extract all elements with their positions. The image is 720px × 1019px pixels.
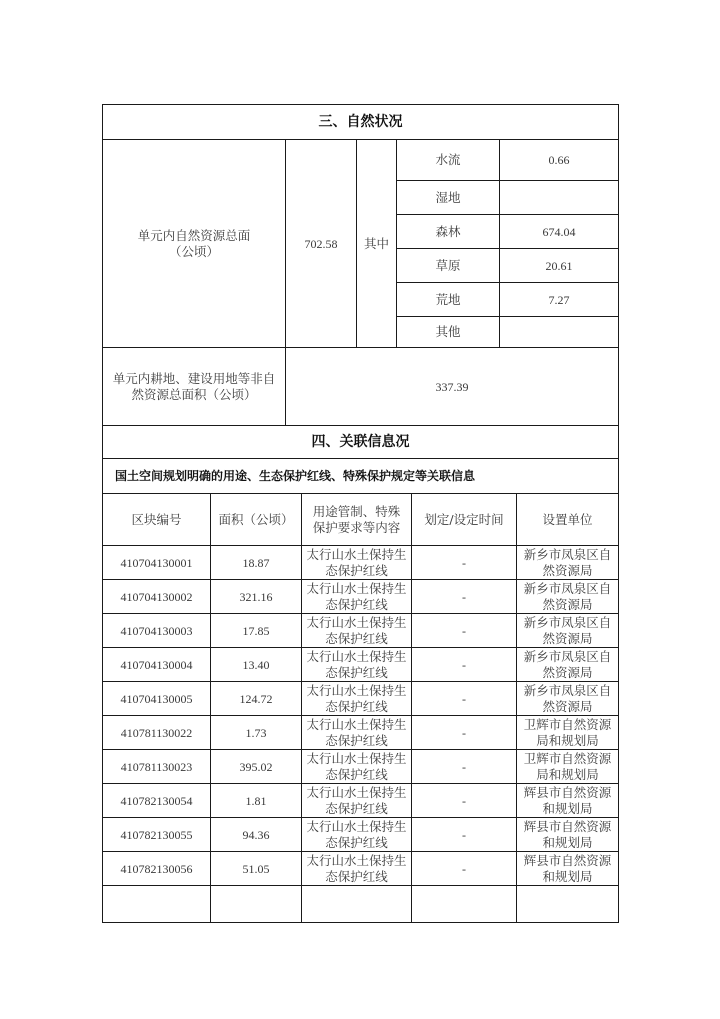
table-cell: 410782130054 <box>102 783 211 818</box>
table-cell-text: - <box>462 555 466 571</box>
table-cell-text: 395.02 <box>240 759 273 775</box>
table-cell: 太行山水土保持生态保护红线 <box>301 851 412 886</box>
cell-line: 划定/设定时间 <box>424 512 503 528</box>
cell-line: 局和规划局 <box>524 733 612 749</box>
among-label-text: 其中 <box>364 236 389 252</box>
table-cell: 410782130055 <box>102 817 211 852</box>
resource-type-text: 湿地 <box>435 190 460 206</box>
cell-line: 态保护红线 <box>306 767 406 783</box>
section4-subtitle-text: 国土空间规划明确的用途、生态保护红线、特殊保护规定等关联信息 <box>115 468 475 484</box>
empty-cell <box>301 885 412 923</box>
table-cell-text: - <box>462 691 466 707</box>
table-cell-text: 太行山水土保持生态保护红线 <box>306 751 406 783</box>
resource-type-text: 其他 <box>435 324 460 340</box>
column-header-text: 划定/设定时间 <box>424 512 503 528</box>
resource-type-text: 森林 <box>435 224 460 240</box>
cell-line: - <box>462 725 466 741</box>
table-cell: 410781130023 <box>102 749 211 784</box>
cell-line: 面积（公顷） <box>218 512 293 528</box>
cell-line: 荒地 <box>435 292 460 308</box>
non-natural-value-text: 337.39 <box>436 379 469 395</box>
table-cell: - <box>411 715 517 750</box>
cell-line: - <box>462 623 466 639</box>
cell-line: 410782130054 <box>121 793 193 809</box>
cell-line: 13.40 <box>243 657 270 673</box>
cell-line: 然资源局 <box>524 631 612 647</box>
table-cell-text: 410704130005 <box>121 691 193 707</box>
table-cell: 13.40 <box>210 647 302 682</box>
section3-title-text: 三、自然状况 <box>319 114 403 130</box>
table-cell: 太行山水土保持生态保护红线 <box>301 613 412 648</box>
cell-line: 辉县市自然资源 <box>524 853 612 869</box>
table-cell-text: 18.87 <box>243 555 270 571</box>
table-cell: 1.81 <box>210 783 302 818</box>
table-cell-text: - <box>462 589 466 605</box>
cell-line: 0.66 <box>549 152 570 168</box>
table-cell-text: 太行山水土保持生态保护红线 <box>306 853 406 885</box>
cell-line: 太行山水土保持生 <box>306 649 406 665</box>
cell-line: 辉县市自然资源 <box>524 785 612 801</box>
cell-line: - <box>462 555 466 571</box>
cell-line: 其中 <box>364 236 389 252</box>
table-cell-text: 410704130002 <box>121 589 193 605</box>
resource-type: 荒地 <box>396 282 500 317</box>
column-header: 划定/设定时间 <box>411 493 517 546</box>
cell-line: - <box>462 793 466 809</box>
table-cell-text: 17.85 <box>243 623 270 639</box>
cell-line: 卫辉市自然资源 <box>524 717 612 733</box>
column-header-text: 设置单位 <box>542 512 592 528</box>
cell-line: 337.39 <box>436 379 469 395</box>
cell-line: 410782130055 <box>121 827 193 843</box>
table-cell-text: 辉县市自然资源和规划局 <box>524 819 612 851</box>
natural-total-label: 单元内自然资源总面（公顷） <box>102 139 286 348</box>
table-cell-text: 410781130023 <box>121 759 193 775</box>
table-cell-text: 94.36 <box>243 827 270 843</box>
table-cell: 1.73 <box>210 715 302 750</box>
table-cell-text: 13.40 <box>243 657 270 673</box>
table-cell-text: 新乡市凤泉区自然资源局 <box>524 683 612 715</box>
cell-line: 410781130023 <box>121 759 193 775</box>
table-cell: 410704130005 <box>102 681 211 716</box>
cell-line: 1.73 <box>246 725 267 741</box>
resource-type: 水流 <box>396 139 500 181</box>
table-cell-text: 太行山水土保持生态保护红线 <box>306 547 406 579</box>
table-cell-text: 辉县市自然资源和规划局 <box>524 785 612 817</box>
table-cell-text: 太行山水土保持生态保护红线 <box>306 819 406 851</box>
cell-line: 然资源局 <box>524 597 612 613</box>
table-cell-text: - <box>462 861 466 877</box>
resource-value <box>499 316 619 348</box>
cell-line: 辉县市自然资源 <box>524 819 612 835</box>
cell-line: 湿地 <box>435 190 460 206</box>
cell-line: 和规划局 <box>524 869 612 885</box>
column-header: 区块编号 <box>102 493 211 546</box>
cell-line: 410782130056 <box>121 861 193 877</box>
table-cell-text: - <box>462 657 466 673</box>
table-cell: 太行山水土保持生态保护红线 <box>301 545 412 580</box>
table-cell: 太行山水土保持生态保护红线 <box>301 817 412 852</box>
empty-cell <box>210 885 302 923</box>
resource-value: 20.61 <box>499 248 619 283</box>
cell-line: 然资源局 <box>524 665 612 681</box>
table-cell-text: 太行山水土保持生态保护红线 <box>306 717 406 749</box>
column-header-text: 区块编号 <box>131 512 181 528</box>
cell-line: （公顷） <box>138 244 251 260</box>
table-cell-text: 新乡市凤泉区自然资源局 <box>524 615 612 647</box>
cell-line: 17.85 <box>243 623 270 639</box>
cell-line: 410704130002 <box>121 589 193 605</box>
cell-line: 太行山水土保持生 <box>306 581 406 597</box>
cell-line: 然资源总面积（公顷） <box>113 387 276 403</box>
resource-type: 湿地 <box>396 180 500 215</box>
section3-title: 三、自然状况 <box>102 104 619 140</box>
cell-line: 态保护红线 <box>306 869 406 885</box>
table-cell-text: 卫辉市自然资源局和规划局 <box>524 751 612 783</box>
table-cell: 321.16 <box>210 579 302 614</box>
cell-line: 674.04 <box>543 224 576 240</box>
among-label: 其中 <box>356 139 397 348</box>
table-cell: 卫辉市自然资源局和规划局 <box>516 715 619 750</box>
table-cell: 410782130056 <box>102 851 211 886</box>
table-cell-text: 410782130056 <box>121 861 193 877</box>
resource-type-text: 荒地 <box>435 292 460 308</box>
table-cell: - <box>411 545 517 580</box>
resource-type: 草原 <box>396 248 500 283</box>
cell-line: 水流 <box>435 152 460 168</box>
table-cell: 太行山水土保持生态保护红线 <box>301 749 412 784</box>
table-cell-text: 51.05 <box>243 861 270 877</box>
cell-line: 410781130022 <box>121 725 193 741</box>
cell-line: 410704130004 <box>121 657 193 673</box>
cell-line: 新乡市凤泉区自 <box>524 547 612 563</box>
cell-line: 然资源局 <box>524 699 612 715</box>
table-cell: 辉县市自然资源和规划局 <box>516 851 619 886</box>
cell-line: 用途管制、特殊 <box>313 504 401 520</box>
table-cell: - <box>411 647 517 682</box>
cell-line: 四、关联信息况 <box>312 434 410 450</box>
cell-line: 18.87 <box>243 555 270 571</box>
table-cell: 410781130022 <box>102 715 211 750</box>
non-natural-label-text: 单元内耕地、建设用地等非自然资源总面积（公顷） <box>113 371 276 403</box>
cell-line: 新乡市凤泉区自 <box>524 649 612 665</box>
cell-line: 太行山水土保持生 <box>306 683 406 699</box>
column-header: 用途管制、特殊保护要求等内容 <box>301 493 412 546</box>
table-cell-text: 410781130022 <box>121 725 193 741</box>
table-cell-text: - <box>462 793 466 809</box>
column-header-text: 用途管制、特殊保护要求等内容 <box>313 504 401 536</box>
table-cell-text: - <box>462 827 466 843</box>
cell-line: 态保护红线 <box>306 665 406 681</box>
table-cell: 410704130004 <box>102 647 211 682</box>
cell-line: 态保护红线 <box>306 801 406 817</box>
table-cell: 卫辉市自然资源局和规划局 <box>516 749 619 784</box>
cell-line: - <box>462 759 466 775</box>
cell-line: 态保护红线 <box>306 733 406 749</box>
cell-line: - <box>462 657 466 673</box>
cell-line: 1.81 <box>246 793 267 809</box>
resource-value: 7.27 <box>499 282 619 317</box>
empty-cell <box>516 885 619 923</box>
table-cell-text: 新乡市凤泉区自然资源局 <box>524 547 612 579</box>
cell-line: 和规划局 <box>524 801 612 817</box>
table-cell: 太行山水土保持生态保护红线 <box>301 681 412 716</box>
table-cell: 51.05 <box>210 851 302 886</box>
cell-line: 410704130005 <box>121 691 193 707</box>
empty-cell <box>102 885 211 923</box>
table-cell-text: 410704130001 <box>121 555 193 571</box>
section4-subtitle: 国土空间规划明确的用途、生态保护红线、特殊保护规定等关联信息 <box>102 458 619 494</box>
cell-line: 太行山水土保持生 <box>306 819 406 835</box>
table-cell: 94.36 <box>210 817 302 852</box>
cell-line: 新乡市凤泉区自 <box>524 683 612 699</box>
cell-line: 7.27 <box>549 292 570 308</box>
table-cell-text: 321.16 <box>240 589 273 605</box>
table-cell: - <box>411 613 517 648</box>
table-cell: 太行山水土保持生态保护红线 <box>301 715 412 750</box>
table-cell: 辉县市自然资源和规划局 <box>516 783 619 818</box>
cell-line: - <box>462 827 466 843</box>
resource-type-text: 草原 <box>435 258 460 274</box>
cell-line: 态保护红线 <box>306 597 406 613</box>
resource-type: 其他 <box>396 316 500 348</box>
table-cell: 新乡市凤泉区自然资源局 <box>516 545 619 580</box>
table-cell: 新乡市凤泉区自然资源局 <box>516 613 619 648</box>
table-cell-text: 124.72 <box>240 691 273 707</box>
cell-line: 态保护红线 <box>306 699 406 715</box>
table-cell: 新乡市凤泉区自然资源局 <box>516 579 619 614</box>
table-cell: - <box>411 817 517 852</box>
table-cell: 410704130003 <box>102 613 211 648</box>
column-header-text: 面积（公顷） <box>218 512 293 528</box>
cell-line: 太行山水土保持生 <box>306 751 406 767</box>
table-cell: - <box>411 851 517 886</box>
table-cell-text: - <box>462 725 466 741</box>
table-cell-text: 410704130004 <box>121 657 193 673</box>
cell-line: 321.16 <box>240 589 273 605</box>
table-cell: 17.85 <box>210 613 302 648</box>
table-cell-text: 410782130054 <box>121 793 193 809</box>
cell-line: 新乡市凤泉区自 <box>524 581 612 597</box>
cell-line: 草原 <box>435 258 460 274</box>
table-cell: 辉县市自然资源和规划局 <box>516 817 619 852</box>
table-cell-text: 1.81 <box>246 793 267 809</box>
resource-value-text: 674.04 <box>543 224 576 240</box>
table-cell-text: 410704130003 <box>121 623 193 639</box>
cell-line: 410704130003 <box>121 623 193 639</box>
table-cell-text: 新乡市凤泉区自然资源局 <box>524 581 612 613</box>
resource-value-text: 0.66 <box>549 152 570 168</box>
table-cell: - <box>411 783 517 818</box>
cell-line: 保护要求等内容 <box>313 520 401 536</box>
table-cell-text: 410782130055 <box>121 827 193 843</box>
table-cell-text: 太行山水土保持生态保护红线 <box>306 683 406 715</box>
table-cell: 410704130001 <box>102 545 211 580</box>
empty-cell <box>411 885 517 923</box>
cell-line: 20.61 <box>546 258 573 274</box>
cell-line: 94.36 <box>243 827 270 843</box>
resource-value-text: 20.61 <box>546 258 573 274</box>
resource-value <box>499 180 619 215</box>
table-cell-text: 新乡市凤泉区自然资源局 <box>524 649 612 681</box>
table-cell-text: 1.73 <box>246 725 267 741</box>
section4-title: 四、关联信息况 <box>102 425 619 459</box>
non-natural-label: 单元内耕地、建设用地等非自然资源总面积（公顷） <box>102 347 286 426</box>
table-cell: 太行山水土保持生态保护红线 <box>301 647 412 682</box>
cell-line: 卫辉市自然资源 <box>524 751 612 767</box>
cell-line: 森林 <box>435 224 460 240</box>
natural-total-value: 702.58 <box>285 139 357 348</box>
cell-line: 124.72 <box>240 691 273 707</box>
table-cell-text: 辉县市自然资源和规划局 <box>524 853 612 885</box>
resource-type-text: 水流 <box>435 152 460 168</box>
cell-line: - <box>462 589 466 605</box>
column-header: 面积（公顷） <box>210 493 302 546</box>
table-cell-text: 卫辉市自然资源局和规划局 <box>524 717 612 749</box>
section4-title-text: 四、关联信息况 <box>312 434 410 450</box>
cell-line: 然资源局 <box>524 563 612 579</box>
cell-line: - <box>462 861 466 877</box>
table-cell-text: - <box>462 759 466 775</box>
column-header: 设置单位 <box>516 493 619 546</box>
resource-value-text: 7.27 <box>549 292 570 308</box>
table-cell: 太行山水土保持生态保护红线 <box>301 783 412 818</box>
table-cell: - <box>411 681 517 716</box>
resource-value: 0.66 <box>499 139 619 181</box>
table-cell: 395.02 <box>210 749 302 784</box>
table-cell-text: 太行山水土保持生态保护红线 <box>306 615 406 647</box>
cell-line: 太行山水土保持生 <box>306 547 406 563</box>
table-cell: 18.87 <box>210 545 302 580</box>
cell-line: 702.58 <box>305 236 338 252</box>
cell-line: 和规划局 <box>524 835 612 851</box>
cell-line: 局和规划局 <box>524 767 612 783</box>
resource-type: 森林 <box>396 214 500 249</box>
cell-line: - <box>462 691 466 707</box>
natural-total-value-text: 702.58 <box>305 236 338 252</box>
cell-line: 三、自然状况 <box>319 114 403 130</box>
cell-line: 态保护红线 <box>306 563 406 579</box>
cell-line: 太行山水土保持生 <box>306 717 406 733</box>
table-cell-text: 太行山水土保持生态保护红线 <box>306 649 406 681</box>
table-cell-text: - <box>462 623 466 639</box>
cell-line: 单元内耕地、建设用地等非自 <box>113 371 276 387</box>
cell-line: 太行山水土保持生 <box>306 853 406 869</box>
natural-total-label-text: 单元内自然资源总面（公顷） <box>138 228 251 260</box>
cell-line: 国土空间规划明确的用途、生态保护红线、特殊保护规定等关联信息 <box>115 468 475 484</box>
table-cell: 新乡市凤泉区自然资源局 <box>516 681 619 716</box>
cell-line: 395.02 <box>240 759 273 775</box>
cell-line: 设置单位 <box>542 512 592 528</box>
cell-line: 太行山水土保持生 <box>306 785 406 801</box>
cell-line: 区块编号 <box>131 512 181 528</box>
table-cell: 124.72 <box>210 681 302 716</box>
resource-value: 674.04 <box>499 214 619 249</box>
non-natural-value: 337.39 <box>285 347 619 426</box>
cell-line: 51.05 <box>243 861 270 877</box>
cell-line: 态保护红线 <box>306 631 406 647</box>
table-cell: - <box>411 749 517 784</box>
table-cell: 新乡市凤泉区自然资源局 <box>516 647 619 682</box>
cell-line: 单元内自然资源总面 <box>138 228 251 244</box>
table-cell: 410704130002 <box>102 579 211 614</box>
table-cell: 太行山水土保持生态保护红线 <box>301 579 412 614</box>
cell-line: 太行山水土保持生 <box>306 615 406 631</box>
cell-line: 其他 <box>435 324 460 340</box>
table-cell-text: 太行山水土保持生态保护红线 <box>306 785 406 817</box>
table-cell-text: 太行山水土保持生态保护红线 <box>306 581 406 613</box>
cell-line: 新乡市凤泉区自 <box>524 615 612 631</box>
cell-line: 410704130001 <box>121 555 193 571</box>
table-cell: - <box>411 579 517 614</box>
cell-line: 态保护红线 <box>306 835 406 851</box>
